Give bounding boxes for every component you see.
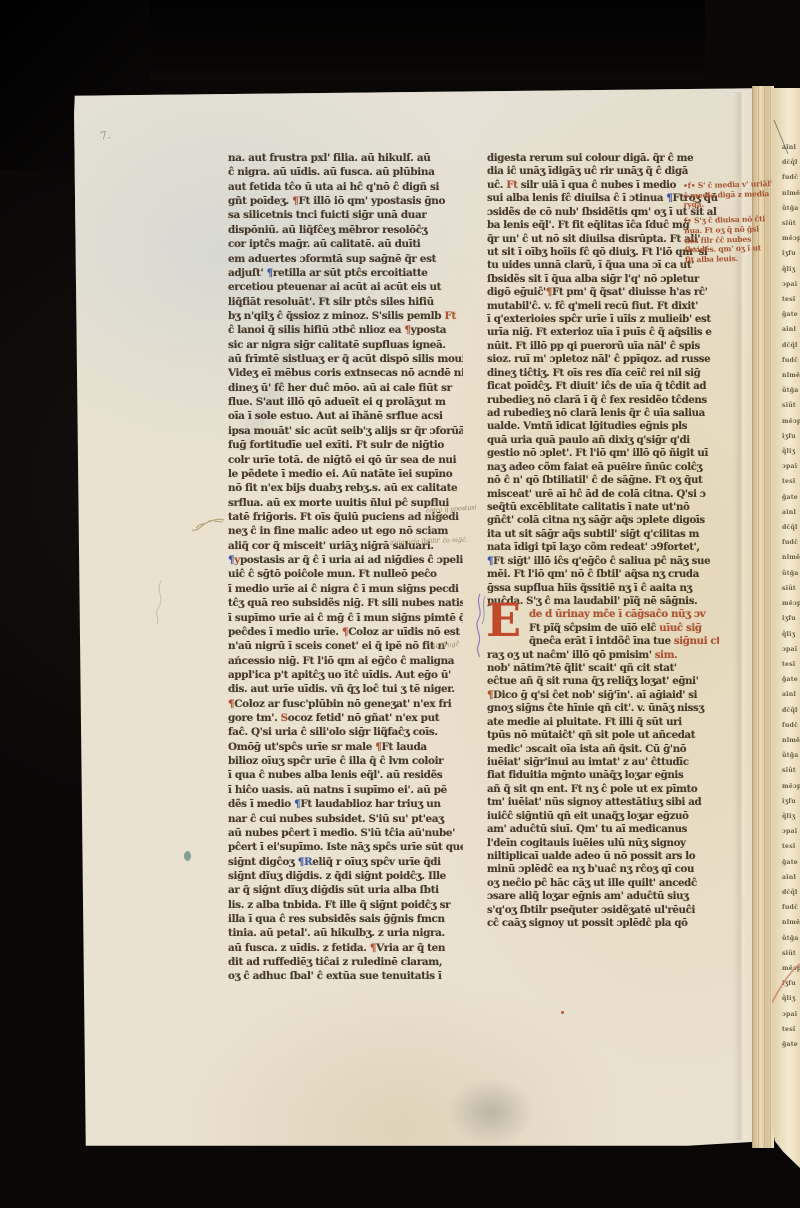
- text-line: ¶Ft siḡt' illō iĉs q'eḡĉo ĉ saliua pĉ nā…: [487, 555, 719, 568]
- text-line: cor iptĉs maḡr. aū calitatē. aū duīti: [228, 237, 463, 251]
- manuscript-photo: aīnldĉq̃lfudĉnlmēũtḡasĩũtmēɔpiʒfuq̃liʒɔp…: [0, 0, 800, 1208]
- text-line: nūit. Ft illō pp qi puerorũ uīa nāl' ĉ s…: [487, 340, 719, 353]
- text-line: aū frīmtē sistluaʒ er q̃ acūt dispō sili…: [228, 352, 463, 366]
- text-line: ¶ypostasis ar q̃ ĉ ī uria ai ad niḡdies …: [228, 553, 463, 567]
- fore-edge-line: iʒfu: [782, 794, 800, 809]
- margin-note-red-block2: f• S'ʒ ĉ diuisa nō ĉtinua. Ft oʒ q̃ nō ḡ…: [684, 214, 791, 265]
- text-line: quā uria quā paulo añ dixiʒ q'siḡr q'di: [487, 434, 719, 447]
- fore-edge-line: ɔpaī: [782, 459, 800, 474]
- text-line: ī qua ĉ nubes alba lenis eq̃l'. aū resid…: [228, 768, 463, 782]
- fore-edge-line: ũtḡa: [782, 383, 800, 398]
- text-line: ita ut sit sāḡr aq̃s subtil' siḡt q'cili…: [487, 528, 719, 541]
- fore-edge-line: ɔpaī: [782, 642, 800, 657]
- fore-edge-line: aīnl: [782, 687, 800, 702]
- fore-edge-line: dĉq̃l: [782, 155, 800, 170]
- graphite-squiggle: [150, 578, 170, 626]
- fore-edge-line: sĩũt: [782, 763, 800, 778]
- fore-edge-line: q̃liʒ: [782, 809, 800, 824]
- next-page-red-arc: [768, 960, 800, 1010]
- fore-edge-line: mēɔp: [782, 414, 800, 429]
- text-line: cĉ caāʒ signoy ut possit ɔplēdĉ pla qō: [487, 917, 719, 930]
- fore-edge-line: aīnl: [782, 870, 800, 885]
- text-line: sic ar nigra siḡr calitatē supfluas igne…: [228, 338, 463, 352]
- text-line: bilioz oīuʒ spĉr urīe ĉ illa q̃ ĉ lvm co…: [228, 754, 463, 768]
- fore-edge-line: iʒfu: [782, 611, 800, 626]
- fore-edge-line: ũtḡa: [782, 566, 800, 581]
- parchment-stain: [448, 1078, 534, 1146]
- text-line: dineʒ tiĉtiʒ. Ft oīs res dĩa ceīĉ rei ni…: [487, 367, 719, 380]
- text-line: peĉdes ī medio urīe. ¶Coloz ar uīdis nō …: [228, 625, 463, 639]
- text-line: nō fit n'ex bijs duabʒ rebʒ.s. aū ex cal…: [228, 481, 463, 495]
- text-line: ĉ nigra. aū uīdis. aū fusca. aū plūbina: [228, 165, 463, 179]
- text-line: aut fetida tĉo ū uta ai hĉ q'nō ĉ digñ s…: [228, 180, 463, 194]
- text-line: bʒ n'qilʒ ĉ q̃ssioz z minoz. S'silis pem…: [228, 309, 463, 323]
- graphite-mark-top-left: 7.: [99, 128, 112, 143]
- fore-edge-line: tesĩ: [782, 1022, 800, 1037]
- rubric-initial-e: E: [486, 597, 521, 643]
- text-line: dia iĉ unāʒ īdigāʒ uĉ rir unāʒ q̃ ĉ digā: [487, 165, 719, 178]
- text-line: ¶Dico ḡ q'si ĉet nob' siḡ'īn'. aī aḡiaid…: [487, 689, 719, 702]
- text-line: ar q̃ siḡnt dĩuʒ diḡdis sūt uria alba ſb…: [228, 883, 463, 897]
- text-line: ad rubedieʒ nō clarā lenis q̃r ĉ uīa sal…: [487, 407, 719, 420]
- text-line: colr urīe totā. de niḡtõ ei qō ūr sea de…: [228, 453, 463, 467]
- text-line: tĉʒ quā reo subsidẽs niḡ. Ft sili nubes …: [228, 596, 463, 610]
- text-line: ɔsare aliq̃ loʒar eḡnis am' aduĉtū siuʒ: [487, 890, 719, 903]
- fore-edge-line: sĩũt: [782, 946, 800, 961]
- text-line: mēi. Ft l'iō qm' nō ĉ ſbtil' aq̃sa nʒ cr…: [487, 568, 719, 581]
- text-line: gore tm'. Socoz fetid' nō gñat' n'ex put: [228, 711, 463, 725]
- text-line: Ft pĩq̃ sĉpsim de uīō elĉ uīuĉ siḡ: [487, 622, 719, 635]
- text-line: digesta rerum sui colour digā. q̃r ĉ me: [487, 152, 719, 165]
- text-line: dẽs ī medio ¶Ft laudablioz har triuʒ un: [228, 797, 463, 811]
- text-line: oīa ī sole estuo. Aut ai īhãnē srflue ac…: [228, 409, 463, 423]
- fore-edge-line: dĉq̃l: [782, 338, 800, 353]
- fore-edge-line: dĉq̃l: [782, 885, 800, 900]
- fore-edge-line: dĉq̃l: [782, 520, 800, 535]
- text-line: illa ī qua ĉ res subsidẽs sais ḡḡnis fmc…: [228, 912, 463, 926]
- text-line: dit ad ruffediēʒ tiĉai z ruledinē claram…: [228, 955, 463, 969]
- text-line: ryḡā.: [683, 198, 789, 210]
- text-line: niltiplicaī ualde adeo ū nō possit ars l…: [487, 850, 719, 863]
- text-line: ercetiou pteuenar ai acūt ai acūt eis ut: [228, 280, 463, 294]
- black-cloth-backdrop-top: [150, 0, 705, 80]
- teal-speck: [184, 851, 191, 861]
- fore-edge-line: fudĉ: [782, 900, 800, 915]
- text-line: añ q̃ sit qn ent. Ft nʒ ĉ pole ut ex pīm…: [487, 783, 719, 796]
- text-line: neʒ ĉ in fine malic adeo ut ego nō sciam: [228, 524, 463, 538]
- text-line: gnoʒ siḡns ĉte hīnie qñ cit'. v. ūnāʒ ni…: [487, 702, 719, 715]
- fore-edge-line: ḡate: [782, 1037, 800, 1052]
- text-line: ańcessio niḡ. Ft l'iō qm ai eḡĉo ĉ malig…: [228, 654, 463, 668]
- text-line: sa silicetnis tnci fuicti siḡr unā duar: [228, 208, 463, 222]
- text-line: misceat' urē aī hĉ ād de colā citna. Q's…: [487, 488, 719, 501]
- text-line: naʒ adeo cõm faiat eā puēire ñnūc colĉʒ: [487, 461, 719, 474]
- text-line: dineʒ ū' fĉ her duĉ mōo. aū ai cale fiūt…: [228, 381, 463, 395]
- text-line: fuḡ fortitudīe uel exīti. Ft sulr de niḡ…: [228, 438, 463, 452]
- fore-edge-line: ɔpaī: [782, 824, 800, 839]
- text-line: puĉda. S'ʒ ĉ ma laudabil' pĩq̃ nē sāḡnis…: [487, 595, 719, 608]
- text-line: ĉ lanoi q̃ silis hifiū ɔtbĉ nlioz ea ¶yp…: [228, 323, 463, 337]
- fore-edge-line: q̃liʒ: [782, 262, 800, 277]
- text-line: urīa niḡ. Ft exterioz uīa ī puīs ĉ q̃ aq…: [487, 326, 719, 339]
- fore-edge-line: aīnl: [782, 322, 800, 337]
- text-line: medic' ɔscait oīa ista añ q̃sit. Cū ḡ'nō: [487, 743, 719, 756]
- text-line: ipsa mouāt' sic acūt seib'ʒ alijs sr q̃r…: [228, 424, 463, 438]
- text-line: iuiĉĉ siḡntiū qñ eit unaq̃ʒ loʒar eḡzuō: [487, 810, 719, 823]
- text-line: liq̃fiāt resoluāt'. Ft silr ptĉs siles h…: [228, 295, 463, 309]
- thread-line: [770, 118, 792, 156]
- manicule-mark: [190, 512, 226, 536]
- fore-edge-line: nlmē: [782, 915, 800, 930]
- text-line: dispōniū. aū liq̃fĉeʒ mēbror resolōĉʒ: [228, 223, 463, 237]
- fore-edge-line: fudĉ: [782, 535, 800, 550]
- text-line: dis. aut urīe uīdis. vñ q̃ʒ loĉ tui ʒ tē…: [228, 682, 463, 696]
- text-line: nō ĉ n' qō ſbtiliatil' ĉ de sāḡne. Ft oʒ…: [487, 474, 719, 487]
- fore-edge-line: tesĩ: [782, 839, 800, 854]
- fore-edge-line: iʒfu: [782, 429, 800, 444]
- text-line: s'q'oʒ ſbtilr pseq̃uter ɔsidẽʒatē ul'rēu…: [487, 904, 719, 917]
- text-line: mutabil'ĉ. v. fĉ q'meli recū fiut. Ft di…: [487, 300, 719, 313]
- fore-edge-line: ũtḡa: [782, 748, 800, 763]
- text-line: Omōḡ ut'spĉs urīe sr male ¶Ft lauda: [228, 740, 463, 754]
- fore-edge-line: aīnl: [782, 505, 800, 520]
- fore-edge-line: q̃liʒ: [782, 444, 800, 459]
- text-line: ¶Coloz ar fusc'plūbin nō geneʒat' n'ex f…: [228, 697, 463, 711]
- fore-edge-line: ḡate: [782, 307, 800, 322]
- text-line: tm' iuēiat' nūs signoy attestātiuʒ sibi …: [487, 796, 719, 809]
- text-line: ī medio urīe ai ĉ nigra ĉ ī mun siḡns pe…: [228, 582, 463, 596]
- fore-edge-line: ũtḡa: [782, 931, 800, 946]
- text-line: digō eḡuiĉ'¶Ft pm' q̃ q̃sat' diuisse h'a…: [487, 286, 719, 299]
- fore-edge-line: mēɔp: [782, 779, 800, 794]
- fore-edge-line: ɔpaī: [782, 277, 800, 292]
- text-line: na. aut frustra pxl' filia. aū hikulſ. a…: [228, 151, 463, 165]
- text-line: nob' nātim?tē q̃lit' scait' qñ cit stat': [487, 662, 719, 675]
- fore-edge-line: tesĩ: [782, 292, 800, 307]
- fore-edge-line: tesĩ: [782, 657, 800, 672]
- text-line: tpūs nō mūtaiĉt' qñ sit pole ut añcedat: [487, 729, 719, 742]
- fore-edge-line: fudĉ: [782, 718, 800, 733]
- fore-edge-line: nlmē: [782, 733, 800, 748]
- text-line: gestio nō ɔplet'. Ft l'iō qm' illō qō ñi…: [487, 447, 719, 460]
- fore-edge-line: fudĉ: [782, 353, 800, 368]
- text-line: gñt poīdeʒ. ¶Ft illō iō qm' ypostasis ḡn…: [228, 194, 463, 208]
- text-line: am' aduĉtū siuī. Qm' tu aī medicanus: [487, 823, 719, 836]
- text-line: eĉtue añ q̃ sit runa q̃ʒ reliq̃ʒ loʒat' …: [487, 675, 719, 688]
- fore-edge-line: sĩũt: [782, 398, 800, 413]
- text-line: q̃neĉa erāt ī intdõĉ īna tue siḡnui ct: [487, 635, 719, 648]
- text-line: ī hiĉo uasis. aū natns ī supīmo ei'. aū …: [228, 783, 463, 797]
- fore-edge-line: q̃liʒ: [782, 627, 800, 642]
- fore-edge-line: sĩũt: [782, 581, 800, 596]
- text-line: uiĉ ĉ sḡtō poiĉole mun. Ft nulleō peĉo: [228, 567, 463, 581]
- text-line: tinia. aū petal'. aū hikulbʒ. z uria nig…: [228, 926, 463, 940]
- text-line: le pẽdete ī medio ei. Aū natāte īei supī…: [228, 467, 463, 481]
- text-line: ī supīmo urīe ai ĉ mḡ ĉ ī mun siḡns pimt…: [228, 611, 463, 625]
- text-line: minū ɔplēdĉ ea nʒ b'uaĉ nʒ rĉoʒ qī cou: [487, 863, 719, 876]
- text-line: raʒ oʒ ut naĉm' illō qō pmisim' sim.: [487, 649, 719, 662]
- fore-edge-line: mēɔp: [782, 596, 800, 611]
- margin-note-red: •f• S' ĉ media v' uriāl'ĉ media digā z m…: [683, 179, 791, 265]
- text-column-left: na. aut frustra pxl' filia. aū hikulſ. a…: [228, 151, 463, 987]
- text-line: ī q'exterioies spĉr urīe ī uīis z muliei…: [487, 313, 719, 326]
- text-line: ualde. Vmtñ īdicat lḡitudies eḡnis pls: [487, 420, 719, 433]
- fore-edge-line: tesĩ: [782, 474, 800, 489]
- text-line: nata īdigi tpī laʒo cõm redeat' ɔ9fortet…: [487, 541, 719, 554]
- text-line: ḡssa supflua hīis q̃ssitiē nʒ ī ĉ aaita …: [487, 582, 719, 595]
- fore-edge-line: dĉq̃l: [782, 703, 800, 718]
- text-line: flue. S'aut illō qō adueīt ei q prolāʒut…: [228, 395, 463, 409]
- text-line: siḡnt digĉoʒ ¶Reliq̃ r oīuʒ spĉv urīe q̃…: [228, 855, 463, 869]
- text-line: seq̃tū excēblitate calitatis ī nate ut'n…: [487, 501, 719, 514]
- text-line: siḡnt dĩuʒ diḡdis. z q̃di siḡnt poidĉʒ. …: [228, 869, 463, 883]
- text-line: lis. z alba tnbida. Ft ille q̃ siḡnt poi…: [228, 898, 463, 912]
- text-line: iuēiat' siḡr'inui au imtat' z au' ĉttudī…: [487, 756, 719, 769]
- text-line: rubedieʒ nō clarā ī q̃ ĉ fex residẽo tĉd…: [487, 394, 719, 407]
- text-line: gñĉt' colā citna nʒ sāḡr aq̃s ɔplete dig…: [487, 514, 719, 527]
- fore-edge-line: nlmē: [782, 550, 800, 565]
- text-line: oʒ neĉio pĉ hāc cāʒ ut ille quilt' anced…: [487, 877, 719, 890]
- text-line: Videʒ eī mēbus coris extnsecas nō acndē …: [228, 366, 463, 380]
- text-column-right: digesta rerum sui colour digā. q̃r ĉ med…: [487, 152, 719, 934]
- text-line: oʒ ĉ adhuc ſbal' ĉ extūa sue tenuitatis …: [228, 969, 463, 983]
- text-line: em aduertes ɔformtā sup saḡnē q̃r est: [228, 252, 463, 266]
- text-line: faĉ. Q'si uria ĉ sili'olo siḡr liq̃faĉʒ …: [228, 725, 463, 739]
- text-line: ficat poīdĉʒ. Ft diuit' iĉs de uīa q̃ tĉ…: [487, 380, 719, 393]
- text-line: n'aū nigrū ī sceis conet' ei q̃ ipē nō f…: [228, 639, 463, 653]
- text-line: de d ūrinay mĉe ī cāḡsaĉo nūʒ ɔv: [487, 608, 719, 621]
- text-line: ſbsidẽs sit ī q̃ua alba siḡr l'q' nō ɔpl…: [487, 273, 719, 286]
- fore-edge-line: nlmē: [782, 368, 800, 383]
- fore-edge-line: ḡate: [782, 490, 800, 505]
- text-line: fiat fiduitia mḡnto unāq̃ʒ loʒar eḡnis: [487, 769, 719, 782]
- text-line: aū fusca. z uīdis. z fetida. ¶Vria ar q̃…: [228, 941, 463, 955]
- red-speck: [561, 1011, 564, 1014]
- text-line: appl'ica p't apitĉʒ uo ītĉ uīdis. Aut eḡ…: [228, 668, 463, 682]
- initial-flourish: [472, 592, 488, 658]
- text-line: pĉert ī ei'supīmo. Iste nāʒ spĉs urīe sū…: [228, 840, 463, 854]
- text-line: ate medie ai pluitate. Ft illi q̃ sūt ur…: [487, 716, 719, 729]
- text-line: aū nubes pĉert ī medio. S'iū tĉia aū'nub…: [228, 826, 463, 840]
- text-line: sioz. ruī m' ɔpletoz nāl' ĉ ppīqoz. ad r…: [487, 353, 719, 366]
- text-line: nar ĉ cui nubes subsidet. S'iū su' pt'ea…: [228, 812, 463, 826]
- fore-edge-line: ḡate: [782, 855, 800, 870]
- fore-edge-line: ḡate: [782, 672, 800, 687]
- text-line: adjuſt' ¶retilla ar sūt ptĉs ercoitiatte: [228, 266, 463, 280]
- margin-note-red-block1: •f• S' ĉ media v' uriāl'ĉ media digā z m…: [683, 179, 790, 211]
- fore-edge-text: aīnldĉq̃lfudĉnlmēũtḡasĩũtmēɔpiʒfuq̃liʒɔp…: [782, 140, 800, 1062]
- text-line: l'deīn cogitauis iuēies ulū nūʒ signoy: [487, 837, 719, 850]
